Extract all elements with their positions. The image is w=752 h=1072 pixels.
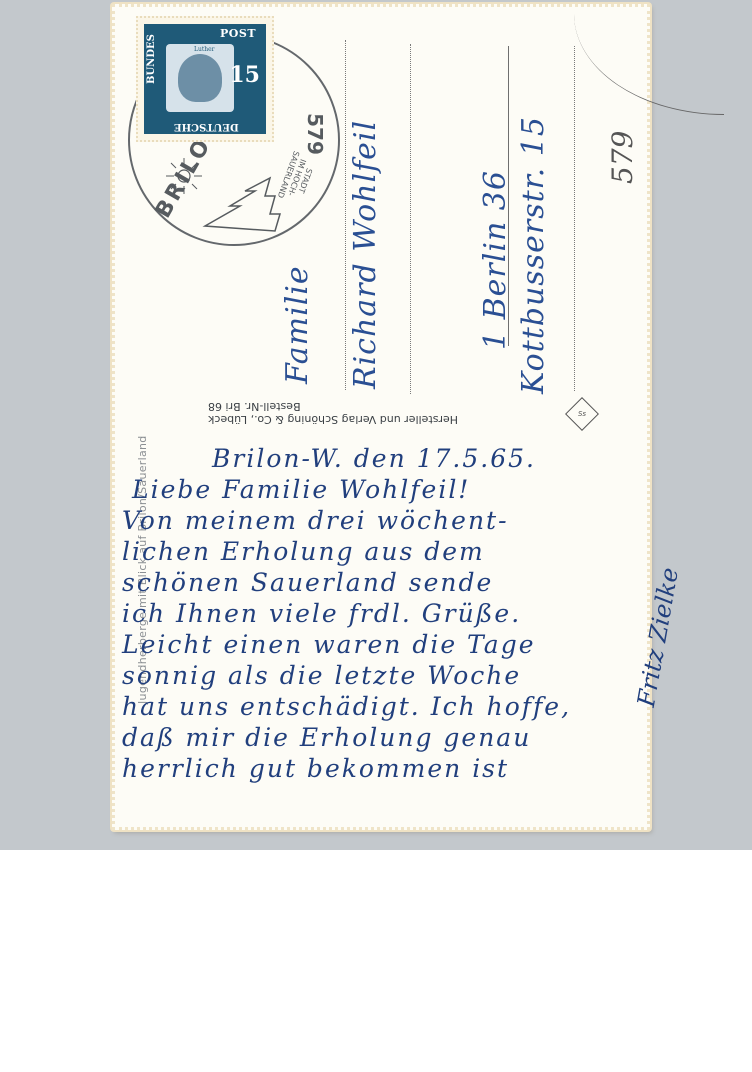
message-line: ich Ihnen viele frdl. Grüße. [122, 599, 632, 630]
message-date: Brilon-W. den 17.5.65. [122, 444, 632, 475]
portrait-icon [166, 44, 234, 112]
stamp-left-text: BUNDES [146, 34, 157, 84]
handwritten-message: Brilon-W. den 17.5.65. Liebe Familie Woh… [122, 444, 632, 785]
address-divider [345, 40, 346, 390]
postcard-back: BRILON 579 STADT IM HOCH- SAUERLAND Luth… [112, 4, 650, 830]
publisher-imprint: Hersteller und Verlag Schöning & Co., Lü… [208, 400, 548, 426]
address-divider [410, 44, 411, 394]
message-line: Leicht einen waren die Tage [122, 630, 632, 661]
sun-icon [164, 156, 204, 196]
message-line: sonnig als die letzte Woche [122, 661, 632, 692]
address-divider [574, 46, 575, 391]
message-line: schönen Sauerland sende [122, 568, 632, 599]
message-line: lichen Erholung aus dem [122, 537, 632, 568]
stamp-top-text: POST [220, 27, 256, 40]
address-line: Richard Wohlfeil [348, 120, 383, 389]
stamp-bottom-text: DEUTSCHE [174, 121, 239, 132]
postmark-code: 579 [303, 113, 327, 155]
address-line: Kottbusserstr. 15 [516, 116, 551, 394]
stamp-value: 15 [229, 62, 260, 88]
address-line: Familie [280, 265, 315, 384]
message-line: hat uns entschädigt. Ich hoffe, [122, 692, 632, 723]
stamp-portrait-name: Luther [194, 46, 215, 53]
publisher-line: Hersteller und Verlag Schöning & Co., Lü… [208, 413, 548, 426]
message-line: daß mir die Erholung genau [122, 723, 632, 754]
message-line: Liebe Familie Wohlfeil! [122, 475, 632, 506]
message-line: herrlich gut bekommen ist [122, 754, 632, 785]
order-number: Bestell-Nr. Bri 68 [208, 400, 548, 413]
fir-tree-icon [200, 176, 290, 236]
message-line: Von meinem drei wöchent- [122, 506, 632, 537]
pencil-note: 579 [606, 131, 639, 184]
publisher-logo-icon: Ss [565, 397, 599, 431]
pencil-arc [574, 14, 724, 115]
address-line: 1 Berlin 36 [478, 170, 513, 350]
postage-stamp: Luther POST BUNDES DEUTSCHE 15 [136, 16, 274, 142]
